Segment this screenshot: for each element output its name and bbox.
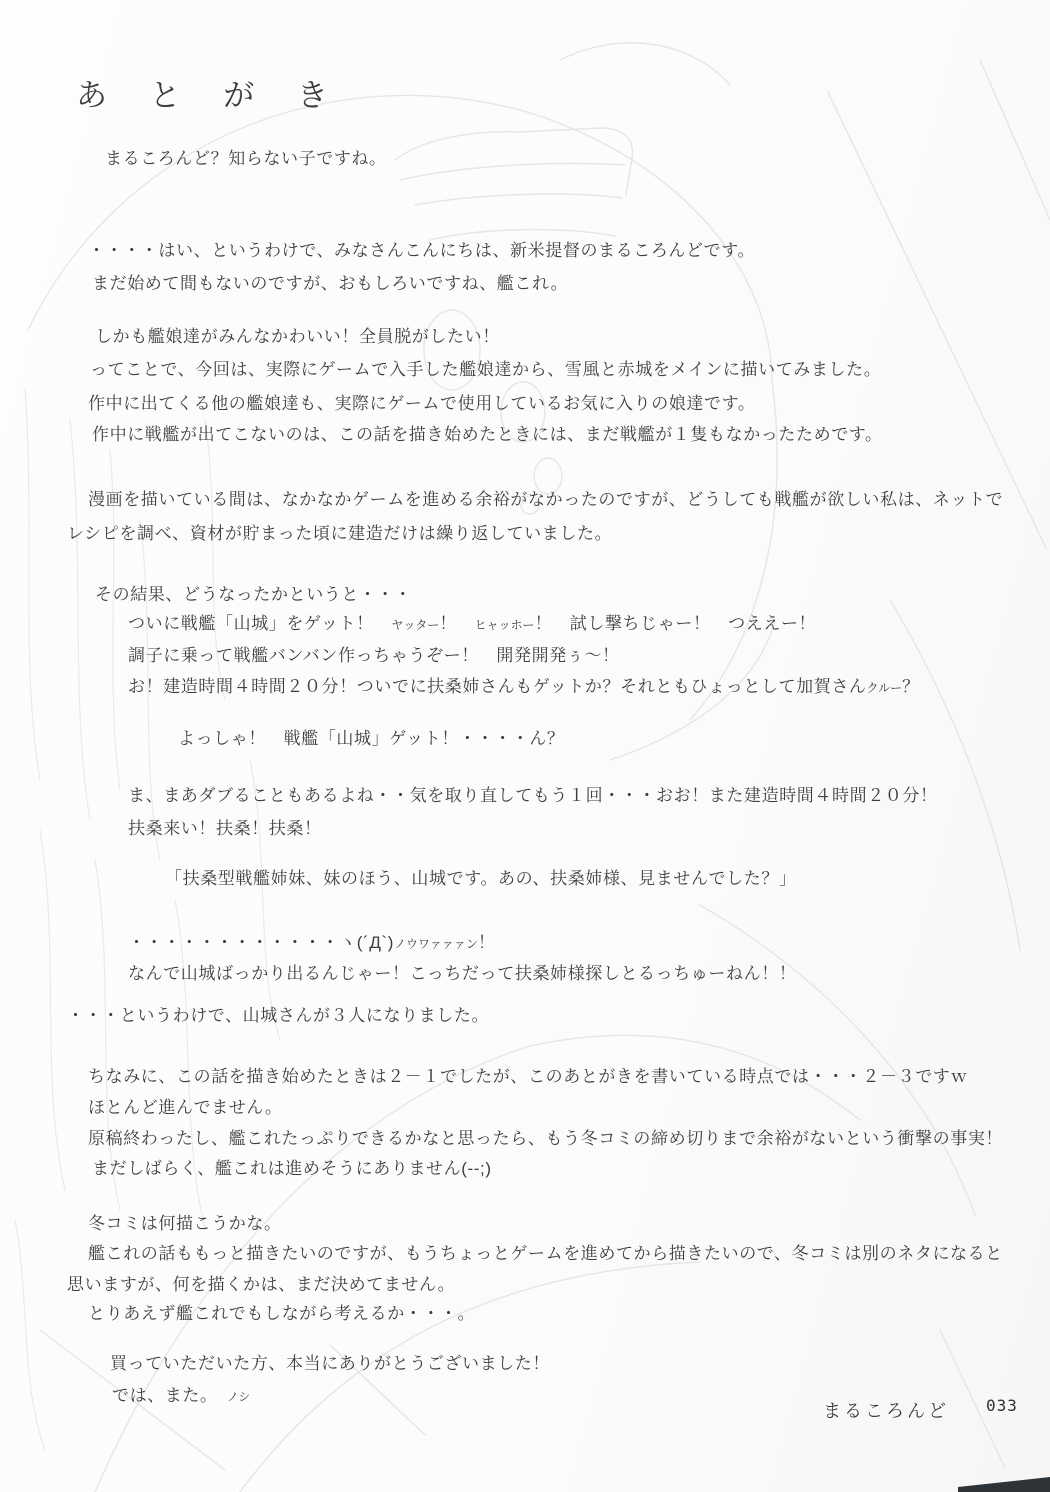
afterword-text: ？ (902, 677, 920, 696)
afterword-text: 作中に出てくる他の艦娘達も、実際にゲームで使用しているお気に入りの娘達です。 (88, 394, 755, 413)
afterword-text-small: ノウワァァァン (394, 937, 478, 951)
footer-author: まるころんど (823, 1397, 949, 1423)
afterword-line: ついに戦艦「山城」をゲット！ ヤッター！ ヒャッホー！ 試し撃ちじゃー！ つええ… (128, 613, 816, 636)
afterword-line: 「扶桑型戦艦姉妹、妹のほう、山城です。あの、扶桑姉様、見ませんでした？」 (165, 868, 797, 890)
afterword-text: 原稿終わったし、艦これたっぷりできるかなと思ったら、もう冬コミの締め切りまで余裕… (88, 1129, 1003, 1148)
afterword-text-small: ノシ (227, 1390, 251, 1404)
afterword-text: 思いますが、何を描くかは、まだ決めてません。 (67, 1275, 455, 1294)
afterword-text: 買っていただいた方、本当にありがとうございました！ (110, 1354, 550, 1373)
afterword-text-small: クルー (867, 681, 903, 695)
afterword-text: よっしゃ！ 戦艦「山城」ゲット！・・・・ん？ (178, 729, 565, 748)
afterword-text: 扶桑来い！扶桑！扶桑！ (128, 819, 322, 838)
afterword-text: 調子に乗って戦艦バンバン作っちゃうぞー！ 開発開発ぅ～！ (128, 646, 620, 665)
afterword-text: ま、まあダブることもあるよね・・気を取り直してもう１回・・・おお！また建造時間４… (128, 786, 938, 805)
afterword-text: お！建造時間４時間２０分！ついでに扶桑姉さんもゲットか？それともひょっとして加賀… (128, 677, 867, 696)
afterword-line: ってことで、今回は、実際にゲームで入手した艦娘達から、雪風と赤城をメインに描いて… (90, 359, 881, 381)
afterword-line: お！建造時間４時間２０分！ついでに扶桑姉さんもゲットか？それともひょっとして加賀… (128, 676, 920, 699)
afterword-line: とりあえず艦これでもしながら考えるか・・・。 (88, 1303, 475, 1325)
afterword-text: ってことで、今回は、実際にゲームで入手した艦娘達から、雪風と赤城をメインに描いて… (90, 360, 881, 379)
afterword-line: ほとんど進んでません。 (88, 1097, 283, 1119)
afterword-text: ・・・というわけで、山城さんが３人になりました。 (67, 1006, 489, 1025)
afterword-line: ・・・・・・・・・・・・ヽ(´Д`)ノウワァァァン！ (128, 932, 495, 955)
afterword-text: 艦これの話ももっと描きたいのですが、もうちょっとゲームを進めてから描きたいので、… (88, 1244, 1003, 1263)
afterword-text: ・・・・はい、というわけで、みなさんこんにちは、新米提督のまるころんどです。 (88, 241, 755, 260)
page-number: 033 (986, 1396, 1018, 1415)
afterword-line: 漫画を描いている間は、なかなかゲームを進める余裕がなかったのですが、どうしても戦… (88, 489, 1003, 511)
afterword-text-small: ヤッター (391, 618, 439, 632)
afterword-text: 作中に戦艦が出てこないのは、この話を描き始めたときには、まだ戦艦が１隻もなかった… (92, 425, 883, 444)
afterword-text: まだ始めて間もないのですが、おもしろいですね、艦これ。 (92, 274, 568, 293)
afterword-text: ！ (478, 933, 496, 952)
afterword-line: 調子に乗って戦艦バンバン作っちゃうぞー！ 開発開発ぅ～！ (128, 645, 620, 667)
afterword-line: 原稿終わったし、艦これたっぷりできるかなと思ったら、もう冬コミの締め切りまで余裕… (88, 1128, 1003, 1150)
afterword-line: よっしゃ！ 戦艦「山城」ゲット！・・・・ん？ (178, 728, 565, 750)
afterword-line: 艦これの話ももっと描きたいのですが、もうちょっとゲームを進めてから描きたいので、… (88, 1243, 1003, 1265)
afterword-line: ちなみに、この話を描き始めたときは２－１でしたが、このあとがきを書いている時点で… (88, 1066, 968, 1088)
afterword-text: 漫画を描いている間は、なかなかゲームを進める余裕がなかったのですが、どうしても戦… (88, 490, 1003, 509)
afterword-line: 扶桑来い！扶桑！扶桑！ (128, 818, 322, 840)
afterword-line: 買っていただいた方、本当にありがとうございました！ (110, 1353, 550, 1375)
afterword-text: 冬コミは何描こうかな。 (88, 1214, 282, 1233)
afterword-text: なんで山城ばっかり出るんじゃー！こっちだって扶桑姉様探しとるっちゅーねん！！ (128, 964, 796, 983)
afterword-line: 思いますが、何を描くかは、まだ決めてません。 (67, 1274, 455, 1296)
afterword-text: 「扶桑型戦艦姉妹、妹のほう、山城です。あの、扶桑姉様、見ませんでした？」 (165, 869, 797, 888)
afterword-text: では、また。 (112, 1386, 227, 1405)
afterword-text: その結果、どうなったかというと・・・ (95, 585, 412, 604)
afterword-line: では、また。 ノシ (112, 1385, 250, 1408)
afterword-line: なんで山城ばっかり出るんじゃー！こっちだって扶桑姉様探しとるっちゅーねん！！ (128, 963, 796, 985)
afterword-text: とりあえず艦これでもしながら考えるか・・・。 (88, 1304, 475, 1323)
afterword-line: まだしばらく、艦これは進めそうにありません(--;) (92, 1158, 492, 1180)
afterword-text: ！ 試し撃ちじゃー！ つええー！ (535, 614, 817, 633)
page-title: あ と が き (76, 80, 345, 111)
afterword-line: まるころんど？知らない子ですね。 (105, 148, 387, 170)
afterword-text: まるころんど？知らない子ですね。 (105, 149, 387, 168)
afterword-line: 冬コミは何描こうかな。 (88, 1213, 282, 1235)
afterword-text: レシピを調べ、資材が貯まった頃に建造だけは繰り返していました。 (67, 524, 612, 543)
afterword-text: しかも艦娘達がみんなかわいい！全員脱がしたい！ (95, 327, 500, 346)
afterword-line: 作中に出てくる他の艦娘達も、実際にゲームで使用しているお気に入りの娘達です。 (88, 393, 755, 415)
afterword-text: ・・・・・・・・・・・・ヽ(´Д`) (128, 933, 394, 952)
afterword-text: ついに戦艦「山城」をゲット！ (128, 614, 391, 633)
afterword-line: その結果、どうなったかというと・・・ (95, 584, 412, 606)
afterword-line: レシピを調べ、資材が貯まった頃に建造だけは繰り返していました。 (67, 523, 612, 545)
afterword-text: ！ (439, 614, 474, 633)
afterword-text: まだしばらく、艦これは進めそうにありません(--;) (92, 1159, 492, 1178)
afterword-text-small: ヒャッホー (475, 618, 535, 632)
afterword-line: まだ始めて間もないのですが、おもしろいですね、艦これ。 (92, 273, 568, 295)
afterword-line: ・・・というわけで、山城さんが３人になりました。 (67, 1005, 489, 1027)
afterword-line: 作中に戦艦が出てこないのは、この話を描き始めたときには、まだ戦艦が１隻もなかった… (92, 424, 883, 446)
afterword-line: ま、まあダブることもあるよね・・気を取り直してもう１回・・・おお！また建造時間４… (128, 785, 938, 807)
afterword-line: しかも艦娘達がみんなかわいい！全員脱がしたい！ (95, 326, 500, 348)
afterword-line: ・・・・はい、というわけで、みなさんこんにちは、新米提督のまるころんどです。 (88, 240, 755, 262)
afterword-text: ちなみに、この話を描き始めたときは２－１でしたが、このあとがきを書いている時点で… (88, 1067, 968, 1086)
afterword-text: ほとんど進んでません。 (88, 1098, 283, 1117)
afterword-page: あ と が き まるころんど？知らない子ですね。・・・・はい、というわけで、みな… (0, 0, 1050, 1492)
